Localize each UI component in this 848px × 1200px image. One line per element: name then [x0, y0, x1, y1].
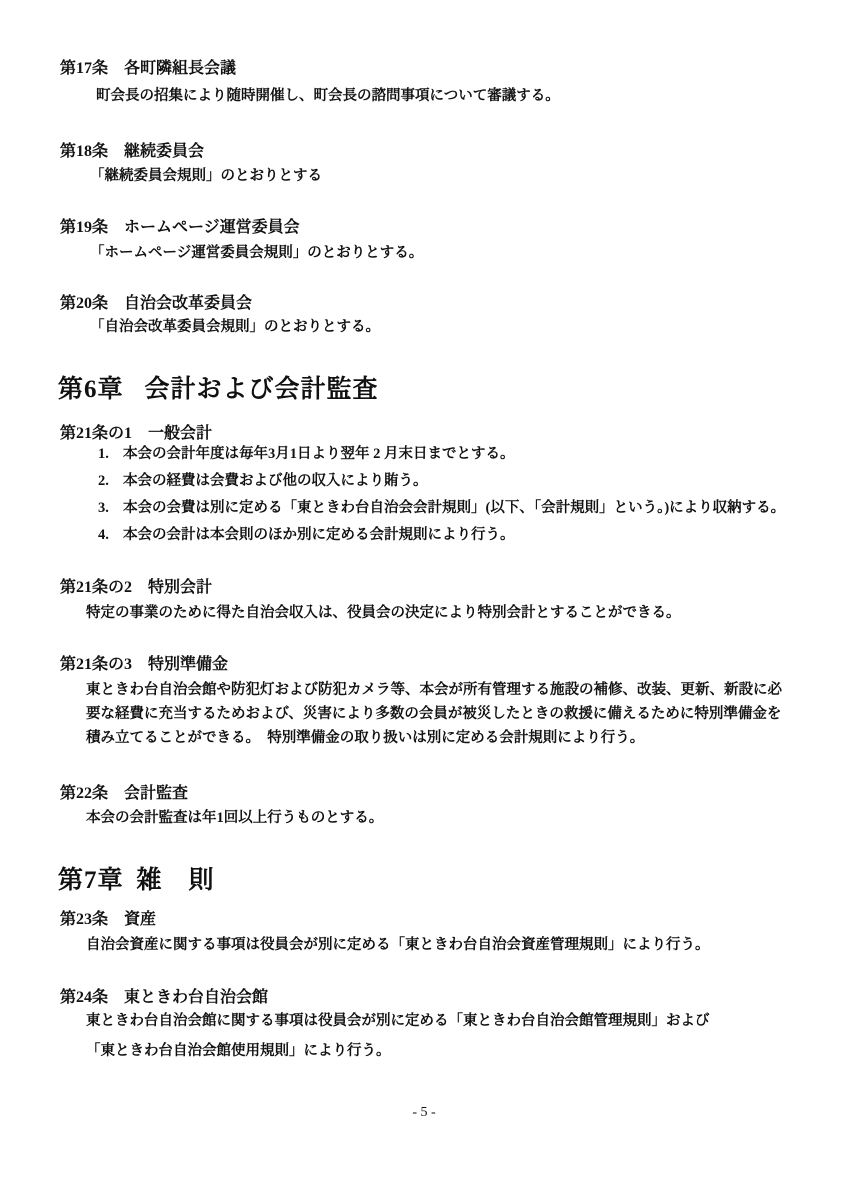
chapter-6-heading: 第6章会計および会計監査: [58, 377, 379, 402]
list-item-1-text: 本会の会計年度は毎年3月1日より翌年 2 月末日までとする。: [123, 446, 515, 462]
article-19-heading: 第19条 ホームページ運営委員会: [60, 220, 300, 236]
article-24-paragraph: 東ときわ台自治会館に関する事項は役員会が別に定める「東ときわ台自治会館管理規則」…: [86, 1006, 710, 1066]
article-21-3-line-1: 東ときわ台自治会館や防犯灯および防犯カメラ等、本会が所有管理する施設の補修、改装…: [86, 678, 782, 702]
list-item-4-number: 4.: [98, 522, 123, 549]
article-21-1-heading: 第21条の1 一般会計: [60, 426, 212, 442]
chapter-6-title: 会計および会計監査: [145, 376, 379, 403]
chapter-7-heading: 第7章雑 則: [58, 868, 215, 893]
article-21-3-paragraph: 東ときわ台自治会館や防犯灯および防犯カメラ等、本会が所有管理する施設の補修、改装…: [86, 678, 782, 750]
article-20-heading: 第20条 自治会改革委員会: [60, 296, 252, 312]
list-item-3-text: 本会の会費は別に定める「東ときわ台自治会会計規則」(以下、「会計規則」という。)…: [123, 500, 785, 516]
article-19-text: 「ホームページ運営委員会規則」のとおりとする。: [90, 246, 423, 261]
document-page: 第17条 各町隣組長会議 町会長の招集により随時開催し、町会長の諮問事項について…: [0, 0, 848, 1200]
list-item-1: 1.本会の会計年度は毎年3月1日より翌年 2 月末日までとする。: [98, 441, 785, 468]
article-22-text: 本会の会計監査は年1回以上行うものとする。: [86, 811, 383, 826]
article-21-3-line-2: 要な経費に充当するためおよび、災害により多数の会員が被災したときの救援に備えるた…: [86, 702, 782, 726]
article-24-line-1: 東ときわ台自治会館に関する事項は役員会が別に定める「東ときわ台自治会館管理規則」…: [86, 1006, 710, 1036]
list-item-3-number: 3.: [98, 495, 123, 522]
article-23-heading: 第23条 資産: [60, 912, 156, 928]
article-17-heading: 第17条 各町隣組長会議: [60, 61, 236, 77]
article-18-text: 「継続委員会規則」のとおりとする: [90, 169, 322, 184]
article-21-3-line-3: 積み立てることができる。 特別準備金の取り扱いは別に定める会計規則により行う。: [86, 726, 782, 750]
article-20-text: 「自治会改革委員会規則」のとおりとする。: [90, 320, 380, 335]
article-23-text: 自治会資産に関する事項は役員会が別に定める「東ときわ台自治会資産管理規則」により…: [86, 938, 710, 953]
article-24-line-2: 「東ときわ台自治会館使用規則」により行う。: [86, 1036, 710, 1066]
article-22-heading: 第22条 会計監査: [60, 786, 188, 802]
chapter-7-number: 第7章: [58, 867, 124, 894]
list-item-2-number: 2.: [98, 468, 123, 495]
chapter-7-title: 雑 則: [137, 867, 215, 894]
list-item-2-text: 本会の経費は会費および他の収入により賄う。: [123, 473, 428, 489]
article-21-2-text: 特定の事業のために得た自治会収入は、役員会の決定により特別会計とすることができる…: [86, 606, 681, 621]
list-item-3: 3.本会の会費は別に定める「東ときわ台自治会会計規則」(以下、「会計規則」という…: [98, 495, 785, 522]
chapter-6-number: 第6章: [58, 376, 124, 403]
list-item-2: 2.本会の経費は会費および他の収入により賄う。: [98, 468, 785, 495]
article-18-heading: 第18条 継続委員会: [60, 144, 204, 160]
list-item-4: 4.本会の会計は本会則のほか別に定める会計規則により行う。: [98, 522, 785, 549]
page-number: - 5 -: [0, 1106, 848, 1120]
article-21-2-heading: 第21条の2 特別会計: [60, 580, 212, 596]
article-21-1-list: 1.本会の会計年度は毎年3月1日より翌年 2 月末日までとする。 2.本会の経費…: [98, 441, 785, 549]
article-24-heading: 第24条 東ときわ台自治会館: [60, 990, 268, 1006]
article-21-3-heading: 第21条の3 特別準備金: [60, 657, 228, 673]
list-item-4-text: 本会の会計は本会則のほか別に定める会計規則により行う。: [123, 527, 515, 543]
list-item-1-number: 1.: [98, 441, 123, 468]
article-17-text: 町会長の招集により随時開催し、町会長の諮問事項について審議する。: [96, 89, 560, 104]
